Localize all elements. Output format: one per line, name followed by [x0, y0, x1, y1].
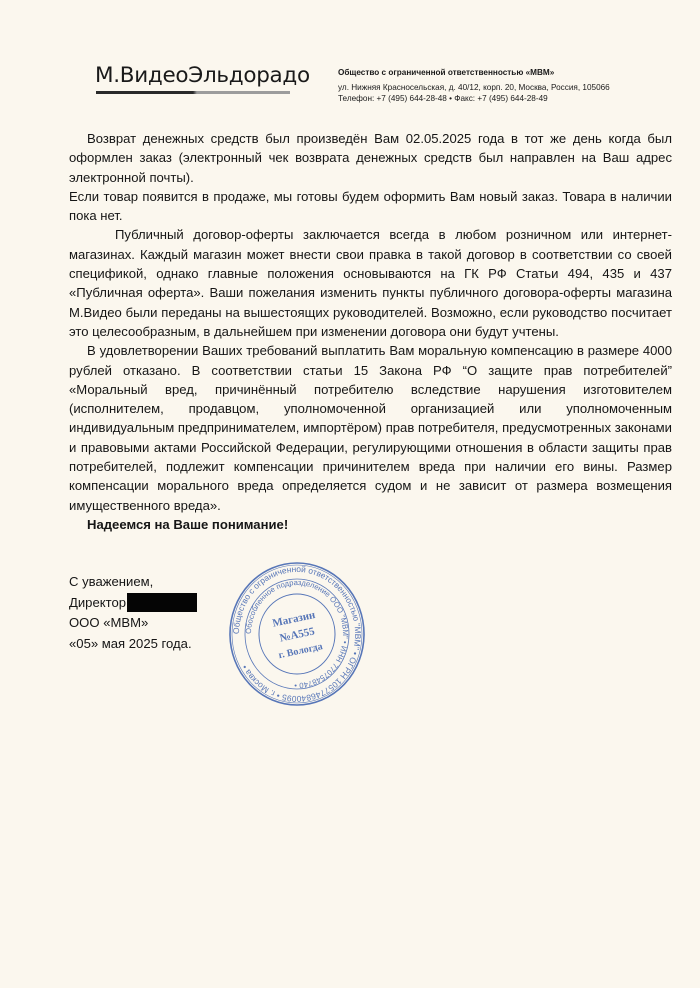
company-details: Общество с ограниченной ответственностью…: [338, 67, 610, 105]
paragraph-new-order: Если товар появится в продаже, мы готовы…: [69, 187, 672, 226]
signatory-organization: ООО «МВМ»: [69, 613, 197, 634]
paragraph-public-offer: Публичный договор-оферты заключается все…: [69, 225, 672, 341]
closing-line: Надеемся на Ваше понимание!: [69, 515, 672, 534]
company-logo: М.ВидеоЭльдорадо: [95, 63, 310, 88]
letter-page: М.ВидеоЭльдорадо Общество с ограниченной…: [0, 0, 700, 988]
official-stamp: Общество с ограниченной ответственностью…: [228, 560, 366, 708]
stamp-center-line3: г. Вологда: [278, 641, 324, 661]
letter-body: Возврат денежных средств был произведён …: [69, 129, 672, 534]
paragraph-refund: Возврат денежных средств был произведён …: [69, 129, 672, 187]
company-contacts: Телефон: +7 (495) 644-28-48 • Факс: +7 (…: [338, 93, 610, 104]
stamp-center-line2: №А555: [279, 625, 317, 644]
signatory-position: Директор: [69, 595, 126, 610]
redacted-name: [127, 593, 197, 612]
company-address: ул. Нижняя Красносельская, д. 40/12, кор…: [338, 82, 610, 93]
letter-date: «05» мая 2025 года.: [69, 634, 197, 655]
company-name: Общество с ограниченной ответственностью…: [338, 67, 610, 78]
signatory-line: Директор: [69, 593, 197, 614]
regards-text: С уважением,: [69, 572, 197, 593]
signature-block: С уважением, Директор ООО «МВМ» «05» мая…: [69, 572, 197, 654]
logo-underline: [96, 91, 290, 94]
paragraph-moral-compensation: В удовлетворении Ваших требований выплат…: [69, 341, 672, 515]
